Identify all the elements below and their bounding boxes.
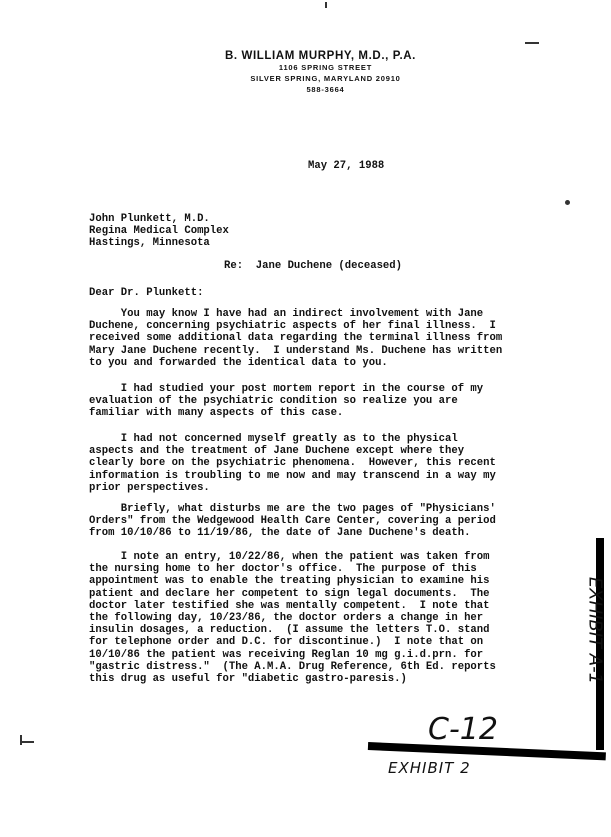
recipient-name: John Plunkett, M.D. [89,213,229,225]
body-paragraph: I note an entry, 10/22/86, when the pati… [89,551,496,685]
body-paragraph: You may know I have had an indirect invo… [89,308,502,369]
scan-mark [20,741,34,743]
body-paragraph: Briefly, what disturbs me are the two pa… [89,503,496,540]
scan-mark [525,42,539,44]
letter-date: May 27, 1988 [308,160,384,172]
scan-mark [325,2,327,8]
letterhead-phone: 588-3664 [40,84,611,95]
scan-mark [20,735,22,745]
body-paragraph: I had not concerned myself greatly as to… [89,433,496,494]
scan-mark [565,200,570,205]
letterhead-name: B. WILLIAM MURPHY, M.D., P.A. [30,50,611,62]
handwritten-side-exhibit-label: EXHIBIT A-1 [585,576,606,686]
letterhead-street: 1106 SPRING STREET [40,62,611,73]
recipient-address: John Plunkett, M.D.Regina Medical Comple… [89,213,229,250]
letterhead: B. WILLIAM MURPHY, M.D., P.A. 1106 SPRIN… [0,50,611,95]
subject-line: Re: Jane Duchene (deceased) [224,260,402,272]
handwritten-exhibit-label: EXHIBIT 2 [388,759,471,777]
recipient-org: Regina Medical Complex [89,225,229,237]
salutation: Dear Dr. Plunkett: [89,287,203,299]
handwritten-code: C-12 [428,712,498,747]
letterhead-city: SILVER SPRING, MARYLAND 20910 [40,73,611,84]
body-paragraph: I had studied your post mortem report in… [89,383,483,420]
recipient-city: Hastings, Minnesota [89,237,229,249]
